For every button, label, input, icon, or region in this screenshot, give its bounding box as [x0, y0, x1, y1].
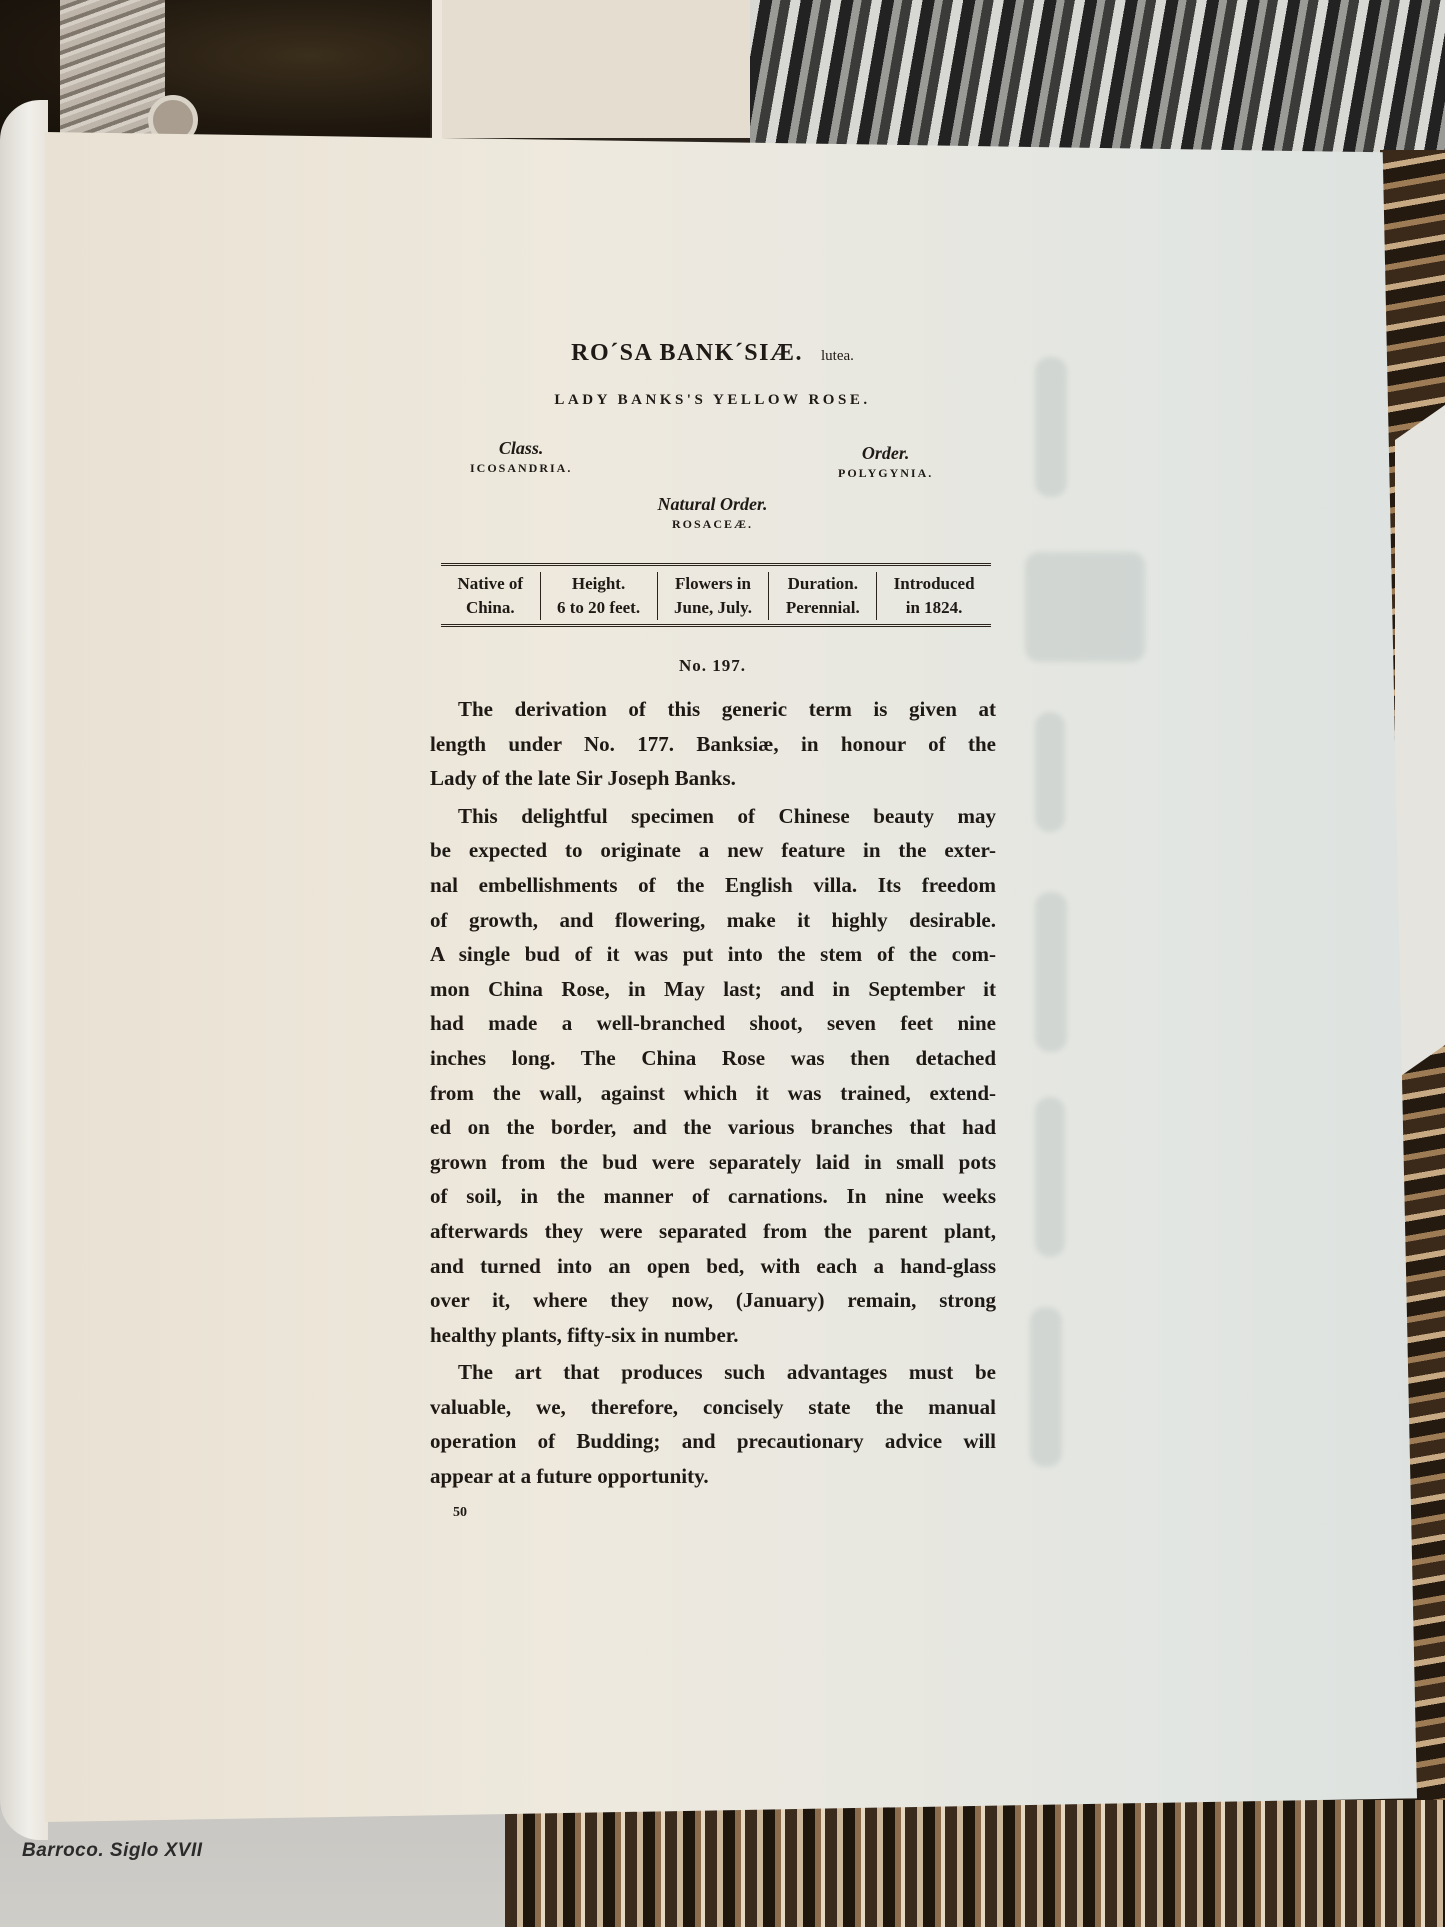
- natural-order-label: Natural Order.: [430, 494, 995, 515]
- text-line: of growth, and flowering, make it highly…: [430, 903, 996, 938]
- body-text: The derivation of this generic term is g…: [430, 692, 996, 1497]
- variety-name: lutea.: [821, 348, 854, 364]
- info-cell-line: Native of: [445, 572, 536, 596]
- text-line: inches long. The China Rose was then det…: [430, 1041, 996, 1076]
- info-cell-introduced: Introduced in 1824.: [876, 572, 991, 620]
- text-line: A single bud of it was put into the stem…: [430, 937, 996, 972]
- text-line: over it, where they now, (January) remai…: [430, 1283, 996, 1318]
- paragraph: This delightful specimen of Chinese beau…: [430, 799, 996, 1353]
- info-cell-duration: Duration. Perennial.: [768, 572, 876, 620]
- text-line: had made a well-branched shoot, seven fe…: [430, 1006, 996, 1041]
- text-line: This delightful specimen of Chinese beau…: [430, 799, 996, 834]
- text-line: ed on the border, and the various branch…: [430, 1110, 996, 1145]
- text-line: The art that produces such advantages mu…: [430, 1355, 996, 1390]
- page-number: 50: [453, 1505, 467, 1521]
- info-cell-line: Perennial.: [773, 596, 872, 620]
- info-cell-native: Native of China.: [441, 572, 540, 620]
- order-value: POLYGYNIA.: [838, 466, 933, 481]
- text-line: of soil, in the manner of carnations. In…: [430, 1179, 996, 1214]
- info-cell-line: 6 to 20 feet.: [545, 596, 653, 620]
- text-line: healthy plants, fifty-six in number.: [430, 1318, 996, 1353]
- info-cell-line: Flowers in: [662, 572, 765, 596]
- natural-order-block: Natural Order. ROSACEÆ.: [430, 494, 995, 532]
- info-cell-line: June, July.: [662, 596, 765, 620]
- info-cell-height: Height. 6 to 20 feet.: [540, 572, 657, 620]
- text-line: nal embellishments of the English villa.…: [430, 868, 996, 903]
- common-name: LADY BANKS'S YELLOW ROSE.: [430, 392, 995, 409]
- text-line: and turned into an open bed, with each a…: [430, 1249, 996, 1284]
- class-value: ICOSANDRIA.: [470, 461, 572, 476]
- info-table: Native of China. Height. 6 to 20 feet. F…: [441, 563, 991, 627]
- entry-number: No. 197.: [430, 656, 995, 676]
- page-content: RO´SA BANK´SIÆ. lutea. LADY BANKS'S YELL…: [0, 0, 1445, 1927]
- text-line: length under No. 177. Banksiæ, in honour…: [430, 727, 996, 762]
- natural-order-value: ROSACEÆ.: [430, 517, 995, 532]
- plant-title: RO´SA BANK´SIÆ. lutea.: [430, 340, 995, 367]
- text-line: be expected to originate a new feature i…: [430, 833, 996, 868]
- info-cell-line: Introduced: [881, 572, 987, 596]
- latin-name: RO´SA BANK´SIÆ.: [571, 340, 803, 366]
- paragraph: The art that produces such advantages mu…: [430, 1355, 996, 1493]
- class-block: Class. ICOSANDRIA.: [470, 438, 572, 476]
- text-line: operation of Budding; and precautionary …: [430, 1424, 996, 1459]
- text-line: grown from the bud were separately laid …: [430, 1145, 996, 1180]
- text-line: afterwards they were separated from the …: [430, 1214, 996, 1249]
- order-block: Order. POLYGYNIA.: [838, 443, 933, 481]
- text-line: Lady of the late Sir Joseph Banks.: [430, 761, 996, 796]
- text-line: The derivation of this generic term is g…: [430, 692, 996, 727]
- info-cell-line: China.: [445, 596, 536, 620]
- text-line: valuable, we, therefore, concisely state…: [430, 1390, 996, 1425]
- info-cell-flowers: Flowers in June, July.: [657, 572, 769, 620]
- info-cell-line: Duration.: [773, 572, 872, 596]
- info-cell-line: in 1824.: [881, 596, 987, 620]
- class-label: Class.: [470, 438, 572, 459]
- text-line: appear at a future opportunity.: [430, 1459, 996, 1494]
- order-label: Order.: [838, 443, 933, 464]
- paragraph: The derivation of this generic term is g…: [430, 692, 996, 796]
- text-line: from the wall, against which it was trai…: [430, 1076, 996, 1111]
- text-line: mon China Rose, in May last; and in Sept…: [430, 972, 996, 1007]
- info-cell-line: Height.: [545, 572, 653, 596]
